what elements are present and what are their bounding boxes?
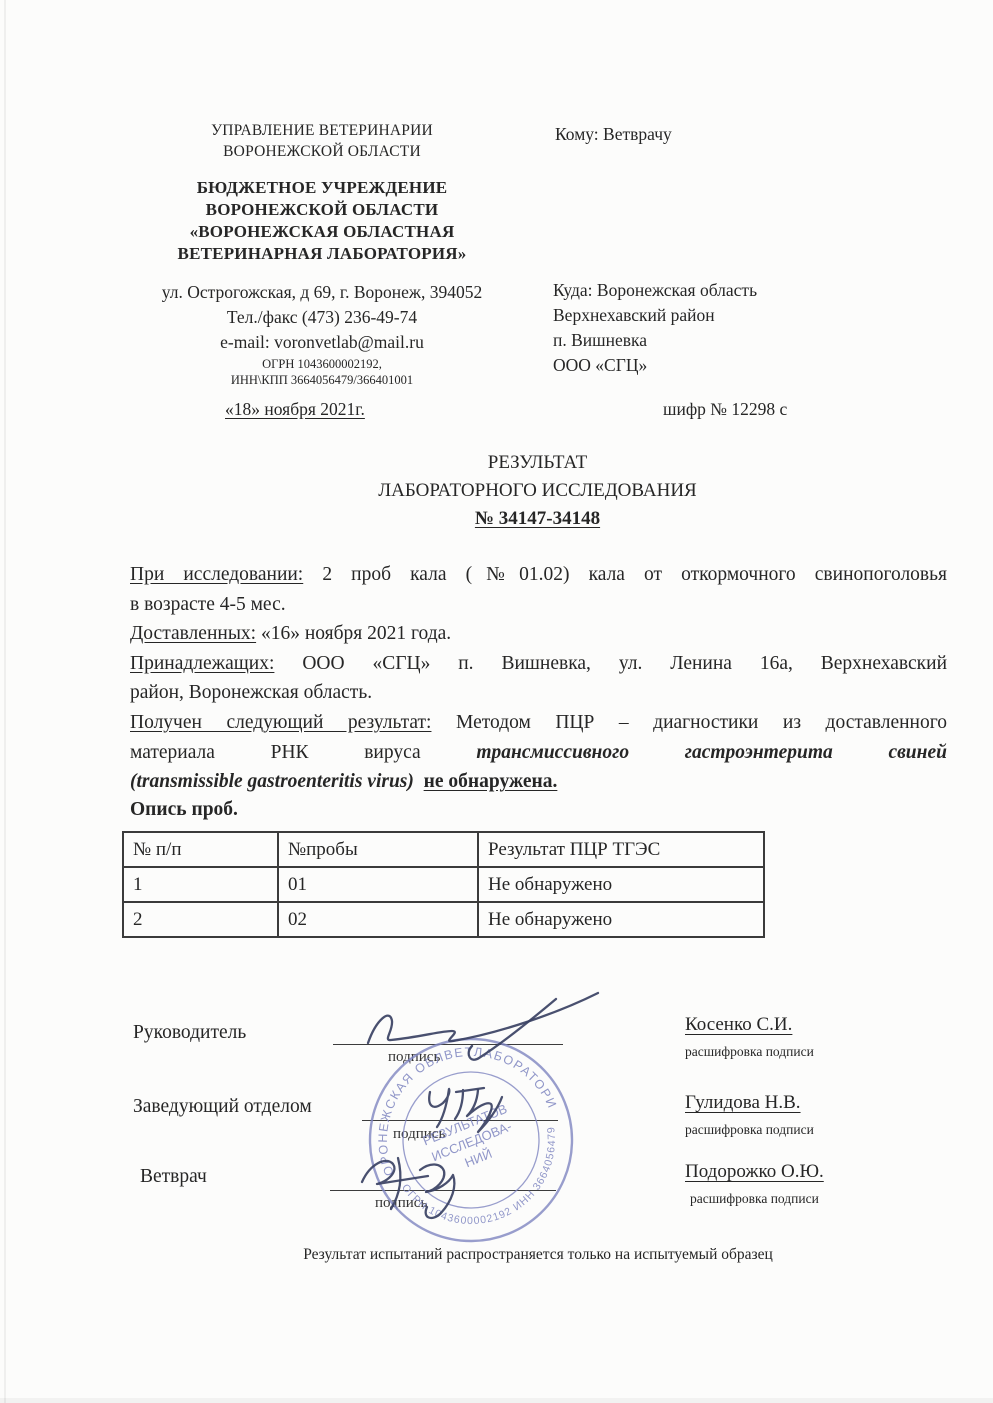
- owner-line: Принадлежащих: ООО «СГЦ» п. Вишневка, ул…: [130, 649, 947, 679]
- org-address: ул. Острогожская, д 69, г. Воронеж, 3940…: [112, 280, 532, 305]
- samples-table: № п/п №пробы Результат ПЦР ТГЭС 1 01 Не …: [122, 831, 765, 938]
- result-word: материала: [130, 738, 215, 768]
- delivered-text: «16» ноября 2021 года.: [261, 623, 451, 644]
- scan-edge-artifact: [4, 0, 6, 1403]
- samples-heading: Опись проб.: [130, 799, 238, 821]
- title-line: ЛАБОРАТОРНОГО ИССЛЕДОВАНИЯ: [130, 477, 945, 505]
- signature-role: Руководитель: [133, 1022, 246, 1044]
- table-row: 2 02 Не обнаружено: [123, 902, 764, 937]
- result-line: Получен следующий результат: Методом ПЦР…: [130, 708, 947, 738]
- document-date: «18» ноября 2021г.: [225, 399, 365, 420]
- signature-caption: подпись: [393, 1126, 445, 1143]
- owner-label: Принадлежащих:: [130, 653, 274, 674]
- addressee-to: Кому: Ветврачу: [555, 124, 672, 145]
- result-virus-line: материала РНК вируса трансмиссивного гас…: [130, 738, 947, 768]
- report-number: № 34147-34148: [130, 505, 945, 533]
- org-phone: Тел./факс (473) 236-49-74: [112, 305, 532, 330]
- table-row: 1 01 Не обнаружено: [123, 867, 764, 902]
- virus-name-word: трансмиссивного: [476, 738, 629, 768]
- virus-name-word: гастроэнтерита: [685, 738, 833, 768]
- research-text: 2 проб кала (№01.02) кала от откормочног…: [322, 564, 947, 585]
- signature-role: Ветврач: [140, 1166, 207, 1188]
- letterhead: УПРАВЛЕНИЕ ВЕТЕРИНАРИИ ВОРОНЕЖСКОЙ ОБЛАС…: [112, 120, 532, 388]
- org-inn-kpp: ИНН\КПП 3664056479/366401001: [112, 373, 532, 389]
- research-line: При исследовании: 2 проб кала (№01.02) к…: [130, 560, 947, 590]
- org-ogrn: ОГРН 1043600002192,: [112, 357, 532, 373]
- footer-note: Результат испытаний распространяется тол…: [130, 1246, 946, 1264]
- signature-line: [333, 1022, 563, 1045]
- cipher-number: шифр № 12298 с: [663, 399, 787, 420]
- org-contacts: ул. Острогожская, д 69, г. Воронеж, 3940…: [112, 280, 532, 355]
- destination-line: п. Вишневка: [553, 328, 757, 353]
- signature-decode-caption: расшифровка подписи: [685, 1044, 814, 1060]
- result-conclusion-line: (transmissible gastroenteritis virus) не…: [130, 767, 947, 797]
- cell-result: Не обнаружено: [478, 867, 764, 902]
- result-label: Получен следующий результат:: [130, 712, 431, 733]
- addressee-destination: Куда: Воронежская область Верхнехавский …: [553, 278, 757, 378]
- org-line: «ВОРОНЕЖСКАЯ ОБЛАСТНАЯ: [112, 221, 532, 243]
- column-header-num: № п/п: [123, 832, 278, 867]
- column-header-result: Результат ПЦР ТГЭС: [478, 832, 764, 867]
- destination-line: ООО «СГЦ»: [553, 353, 757, 378]
- destination-line: Куда: Воронежская область: [553, 278, 757, 303]
- research-label: При исследовании:: [130, 564, 303, 585]
- conclusion-text: не обнаружена.: [424, 771, 558, 792]
- org-line: ВЕТЕРИНАРНАЯ ЛАБОРАТОРИЯ»: [112, 243, 532, 265]
- virus-name-word: свиней: [888, 738, 947, 768]
- document-page: УПРАВЛЕНИЕ ВЕТЕРИНАРИИ ВОРОНЕЖСКОЙ ОБЛАС…: [0, 0, 993, 1403]
- owner-line2: район, Воронежская область.: [130, 678, 947, 708]
- signature-name: Гулидова Н.В.: [685, 1092, 801, 1114]
- delivered-label: Доставленных:: [130, 623, 256, 644]
- scan-edge-artifact: [0, 1398, 993, 1403]
- signature-name: Подорожко О.Ю.: [685, 1161, 824, 1183]
- signature-caption: подпись: [375, 1195, 427, 1212]
- signature-line: [362, 1098, 558, 1121]
- signature-line: [330, 1168, 556, 1191]
- result-text: Методом ПЦР – диагностики из доставленно…: [456, 712, 947, 733]
- signature-decode-caption: расшифровка подписи: [685, 1122, 814, 1138]
- organization-name: БЮДЖЕТНОЕ УЧРЕЖДЕНИЕ ВОРОНЕЖСКОЙ ОБЛАСТИ…: [112, 177, 532, 265]
- result-word: РНК: [271, 738, 309, 768]
- org-line: БЮДЖЕТНОЕ УЧРЕЖДЕНИЕ: [112, 177, 532, 199]
- cell-sample: 02: [278, 902, 478, 937]
- signature-role: Заведующий отделом: [133, 1096, 312, 1118]
- cell-result: Не обнаружено: [478, 902, 764, 937]
- authority-line: УПРАВЛЕНИЕ ВЕТЕРИНАРИИ: [112, 120, 532, 141]
- destination-line: Верхнехавский район: [553, 303, 757, 328]
- org-line: ВОРОНЕЖСКОЙ ОБЛАСТИ: [112, 199, 532, 221]
- signature-name: Косенко С.И.: [685, 1014, 792, 1036]
- signature-caption: подпись: [388, 1049, 440, 1066]
- owner-text: ООО «СГЦ» п. Вишневка, ул. Ленина 16а, В…: [302, 653, 947, 674]
- cell-num: 2: [123, 902, 278, 937]
- report-body: При исследовании: 2 проб кала (№01.02) к…: [130, 560, 947, 797]
- cell-sample: 01: [278, 867, 478, 902]
- delivered-line: Доставленных: «16» ноября 2021 года.: [130, 619, 947, 649]
- virus-latin-name: (transmissible gastroenteritis virus): [130, 771, 414, 792]
- stamp-outer-ring: [340, 1009, 603, 1272]
- round-stamp: ВОРОНЕЖСКАЯ ОБЛВЕТЛАБОРАТОРИЯ ОГРН 10436…: [340, 1009, 603, 1272]
- result-word: вируса: [364, 738, 420, 768]
- stamp-center-text: НИЙ: [462, 1146, 494, 1170]
- document-title: РЕЗУЛЬТАТ ЛАБОРАТОРНОГО ИССЛЕДОВАНИЯ № 3…: [130, 449, 945, 533]
- org-registration: ОГРН 1043600002192, ИНН\КПП 3664056479/3…: [112, 357, 532, 388]
- table-header-row: № п/п №пробы Результат ПЦР ТГЭС: [123, 832, 764, 867]
- signature-decode-caption: расшифровка подписи: [690, 1191, 819, 1207]
- cell-num: 1: [123, 867, 278, 902]
- column-header-sample: №пробы: [278, 832, 478, 867]
- research-line2: в возрасте 4-5 мес.: [130, 590, 947, 620]
- authority-name: УПРАВЛЕНИЕ ВЕТЕРИНАРИИ ВОРОНЕЖСКОЙ ОБЛАС…: [112, 120, 532, 162]
- title-line: РЕЗУЛЬТАТ: [130, 449, 945, 477]
- authority-line: ВОРОНЕЖСКОЙ ОБЛАСТИ: [112, 141, 532, 162]
- org-email: e-mail: voronvetlab@mail.ru: [112, 330, 532, 355]
